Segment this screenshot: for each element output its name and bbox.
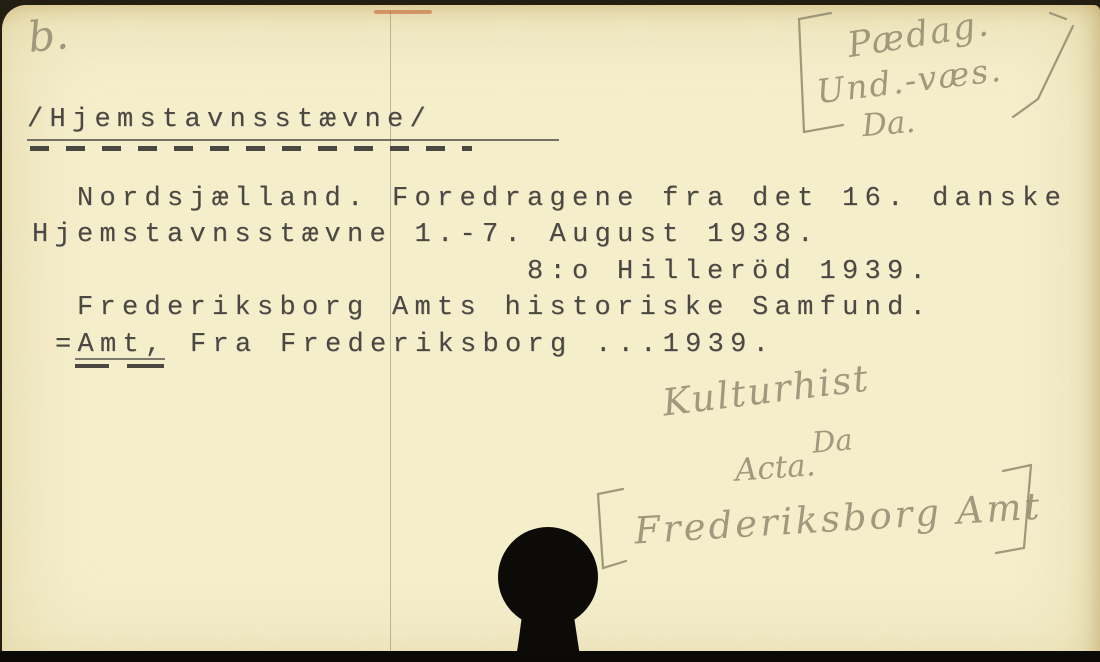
pencil-note-subject: Kulturhist (660, 356, 872, 424)
heading-underline-solid (27, 139, 559, 141)
body-line: Nordsjælland. Foredragene fra det 16. da… (77, 184, 1067, 214)
pencil-note-subject: Da (811, 422, 854, 459)
scanned-catalog-card: b. /Hjemstavnsstævne/ Nordsjælland. Fore… (0, 0, 1100, 662)
body-line: Hjemstavnsstævne 1.-7. August 1938. (32, 220, 820, 250)
card-heading: /Hjemstavnsstævne/ (27, 105, 432, 135)
pencil-note-classification: Da. (861, 104, 917, 144)
pencil-note-classification: Und.-væs. (814, 50, 1004, 111)
amt-underline (75, 358, 165, 360)
amt-underline-dash (75, 364, 109, 368)
body-line: =Amt, Fra Frederiksborg ...1939. (55, 330, 775, 360)
top-edge-smudge (374, 10, 432, 14)
corner-mark: b. (26, 9, 71, 62)
pencil-note-subject: Acta. (734, 447, 817, 489)
index-card: b. /Hjemstavnsstævne/ Nordsjælland. Fore… (2, 5, 1100, 662)
pencil-note-subject: Frederiksborg Amt (633, 485, 1043, 553)
body-line: Frederiksborg Amts historiske Samfund. (77, 293, 932, 323)
body-line: 8:o Hilleröd 1939. (527, 257, 932, 287)
bottom-scan-edge (0, 651, 1100, 662)
heading-underline-dashed (30, 146, 472, 151)
amt-underline-dash (127, 364, 164, 368)
